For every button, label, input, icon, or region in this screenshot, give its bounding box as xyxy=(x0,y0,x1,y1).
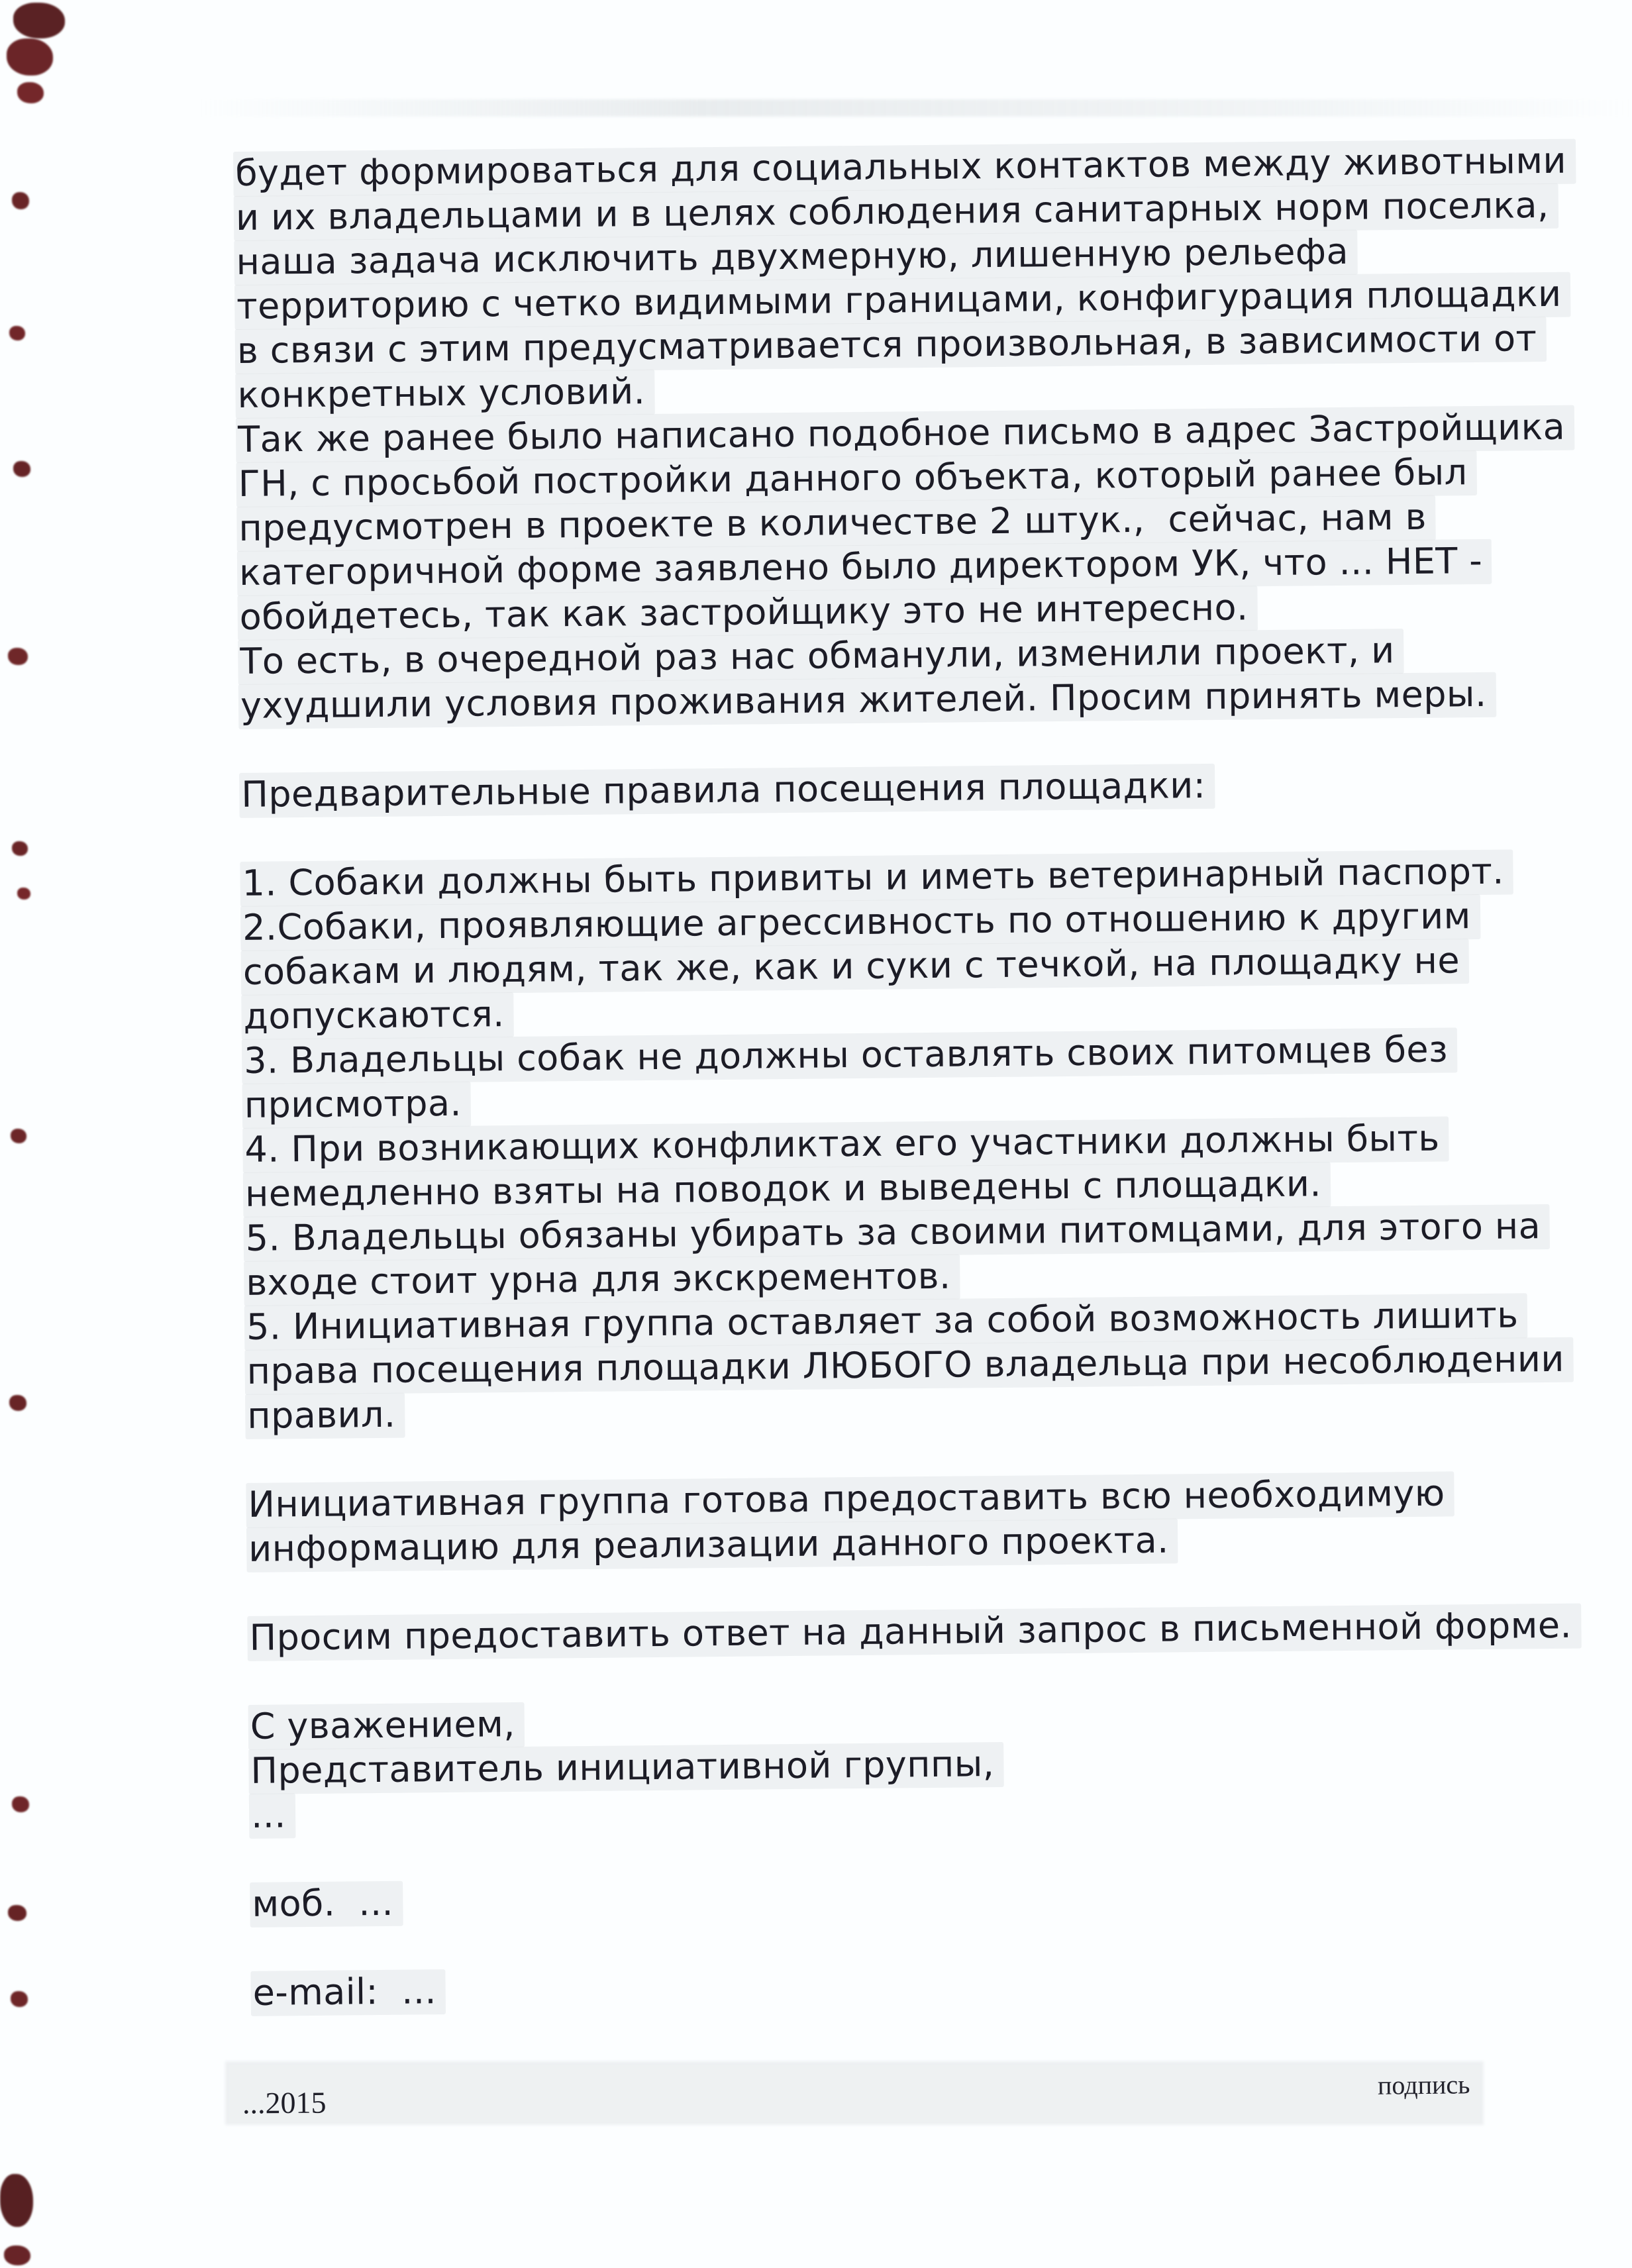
text-line-content: информацию для реализации данного проект… xyxy=(246,1518,1178,1572)
scan-mark xyxy=(4,2245,30,2265)
text-line-content: e-mail: ... xyxy=(250,1969,446,2016)
signoff-block: С уважением,Представитель инициативной г… xyxy=(248,1692,1568,1837)
text-line-content: моб. ... xyxy=(250,1881,403,1928)
scan-mark xyxy=(13,3,65,38)
footer-scan-band xyxy=(225,2061,1484,2125)
text-line-content: допускаются. xyxy=(241,992,514,1040)
rules-list: 1. Собаки должны быть привиты и иметь ве… xyxy=(240,849,1563,1438)
rules-heading: Предварительные правила посещения площад… xyxy=(239,760,1558,817)
text-line-content: С уважением, xyxy=(248,1702,525,1750)
text-line-content: ... xyxy=(249,1793,295,1839)
scan-mark xyxy=(0,2174,33,2227)
scan-mark xyxy=(17,82,44,103)
paragraph-developer-letter: Так же ранее было написано подобное пись… xyxy=(236,405,1556,639)
letter-body: будет формироваться для социальных конта… xyxy=(233,138,1569,2015)
scan-mark xyxy=(12,841,28,856)
scan-mark xyxy=(8,648,28,665)
text-line-content: Предварительные правила посещения площад… xyxy=(239,764,1215,818)
scan-mark xyxy=(9,1395,26,1411)
text-line: Предварительные правила посещения площад… xyxy=(239,760,1558,817)
paragraph-written-reply-request: Просим предоставить ответ на данный запр… xyxy=(247,1603,1566,1660)
text-line-content: Представитель инициативной группы, xyxy=(248,1742,1003,1794)
signature-label: подпись xyxy=(1378,2069,1470,2100)
scan-mark xyxy=(12,192,29,209)
scan-mark xyxy=(12,1796,29,1812)
footer-date: ...2015 xyxy=(242,2085,327,2121)
scan-mark xyxy=(11,1129,26,1143)
email-line: e-mail: ... xyxy=(250,1958,1569,2015)
text-line-content: конкретных условий. xyxy=(235,370,654,419)
paragraph-deception-complaint: То есть, в очередной раз нас обманули, и… xyxy=(238,627,1556,728)
scan-mark xyxy=(8,1905,26,1921)
text-line-content: Просим предоставить ответ на данный запр… xyxy=(247,1604,1581,1661)
phone-line: моб. ... xyxy=(250,1869,1568,1926)
text-line: моб. ... xyxy=(250,1869,1568,1926)
text-line: e-mail: ... xyxy=(250,1958,1569,2015)
text-line-content: правил. xyxy=(245,1393,405,1439)
scan-mark xyxy=(11,1991,28,2007)
scanner-streak-artifact xyxy=(199,99,1632,117)
scan-mark xyxy=(17,888,30,900)
scan-mark xyxy=(9,326,25,340)
scan-mark xyxy=(13,461,30,477)
text-line: Просим предоставить ответ на данный запр… xyxy=(247,1603,1566,1660)
paragraph-offer-info: Инициативная группа готова предоставить … xyxy=(246,1470,1564,1571)
scan-mark xyxy=(7,38,53,76)
paragraph-platform-purpose: будет формироваться для социальных конта… xyxy=(233,138,1554,417)
text-line-content: присмотра. xyxy=(242,1082,472,1129)
